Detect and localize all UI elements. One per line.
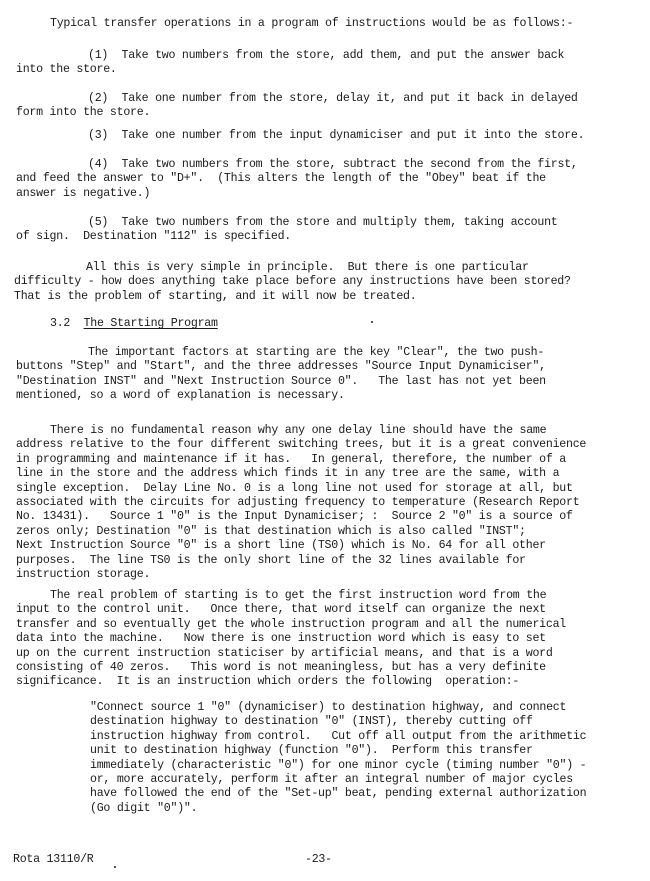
- paragraph-factors-line: "Destination INST" and "Next Instruction…: [16, 375, 546, 389]
- paragraph-delay-line: address relative to the four different s…: [16, 438, 586, 452]
- page-number: -23-: [305, 853, 332, 867]
- list-item-4-line: (4) Take two numbers from the store, sub…: [88, 158, 578, 172]
- quoted-operation-line: unit to destination highway (function "0…: [90, 744, 533, 758]
- paragraph-delay-line: single exception. Delay Line No. 0 is a …: [16, 482, 573, 496]
- scan-speck: [114, 866, 116, 868]
- paragraph-problem-line: input to the control unit. Once there, t…: [16, 603, 546, 617]
- paragraph-delay-line: line in the store and the address which …: [16, 467, 559, 481]
- list-item-5-line: (5) Take two numbers from the store and …: [88, 216, 558, 230]
- paragraph-problem-line: The real problem of starting is to get t…: [50, 589, 546, 603]
- scan-speck: [371, 321, 373, 323]
- quoted-operation-line: destination highway to destination "0" (…: [90, 715, 533, 729]
- paragraph-factors-line: The important factors at starting are th…: [88, 346, 544, 360]
- paragraph-problem-line: data into the machine. Now there is one …: [16, 632, 546, 646]
- list-item-4-line: answer is negative.): [16, 187, 150, 201]
- paragraph-delay-line: No. 13431). Source 1 "0" is the Input Dy…: [16, 510, 573, 524]
- quoted-operation-line: "Connect source 1 "0" (dynamiciser) to d…: [90, 701, 566, 715]
- list-item-1-line: (1) Take two numbers from the store, add…: [88, 49, 564, 63]
- paragraph-problem-line: up on the current instruction staticiser…: [16, 647, 553, 661]
- list-item-3-line: (3) Take one number from the input dynam…: [88, 129, 584, 143]
- paragraph-delay-line: instruction storage.: [16, 568, 150, 582]
- paragraph-factors-line: buttons "Step" and "Start", and the thre…: [16, 360, 546, 374]
- paragraph-difficulty-line: difficulty - how does anything take plac…: [14, 275, 571, 289]
- paragraph-problem-line: consisting of 40 zeros. This word is not…: [16, 661, 546, 675]
- section-number: 3.2: [50, 317, 70, 330]
- paragraph-difficulty-line: All this is very simple in principle. Bu…: [86, 261, 529, 275]
- intro-text: Typical transfer operations in a program…: [50, 17, 573, 31]
- list-item-2-line: form into the store.: [16, 106, 150, 120]
- paragraph-delay-line: purposes. The line TS0 is the only short…: [16, 554, 526, 568]
- list-item-5-line: of sign. Destination "112" is specified.: [16, 230, 291, 244]
- paragraph-delay-line: zeros only; Destination "0" is that dest…: [16, 525, 526, 539]
- paragraph-delay-line: Next Instruction Source "0" is a short l…: [16, 539, 546, 553]
- paragraph-problem-line: transfer and so eventually get the whole…: [16, 618, 566, 632]
- list-item-1-line: into the store.: [16, 63, 117, 77]
- quoted-operation-line: or, more accurately, perform it after an…: [90, 773, 573, 787]
- footer-reference: Rota 13110/R: [13, 853, 94, 867]
- paragraph-delay-line: associated with the circuits for adjusti…: [16, 496, 579, 510]
- paragraph-delay-line: in programming and maintenance if it has…: [16, 453, 566, 467]
- quoted-operation-line: instruction highway from control. Cut of…: [90, 730, 586, 744]
- paragraph-delay-line: There is no fundamental reason why any o…: [50, 424, 546, 438]
- section-heading: 3.2 The Starting Program: [50, 317, 218, 331]
- quoted-operation-line: (Go digit "0")".: [90, 802, 197, 816]
- paragraph-problem-line: significance. It is an instruction which…: [16, 675, 519, 689]
- list-item-4-line: and feed the answer to "D+". (This alter…: [16, 172, 546, 186]
- quoted-operation-line: have followed the end of the "Set-up" be…: [90, 787, 586, 801]
- paragraph-difficulty-line: That is the problem of starting, and it …: [14, 290, 416, 304]
- quoted-operation-line: immediately (characteristic "0") for one…: [90, 759, 586, 773]
- paragraph-factors-line: mentioned, so a word of explanation is n…: [16, 389, 345, 403]
- section-title: The Starting Program: [84, 317, 218, 330]
- list-item-2-line: (2) Take one number from the store, dela…: [88, 92, 578, 106]
